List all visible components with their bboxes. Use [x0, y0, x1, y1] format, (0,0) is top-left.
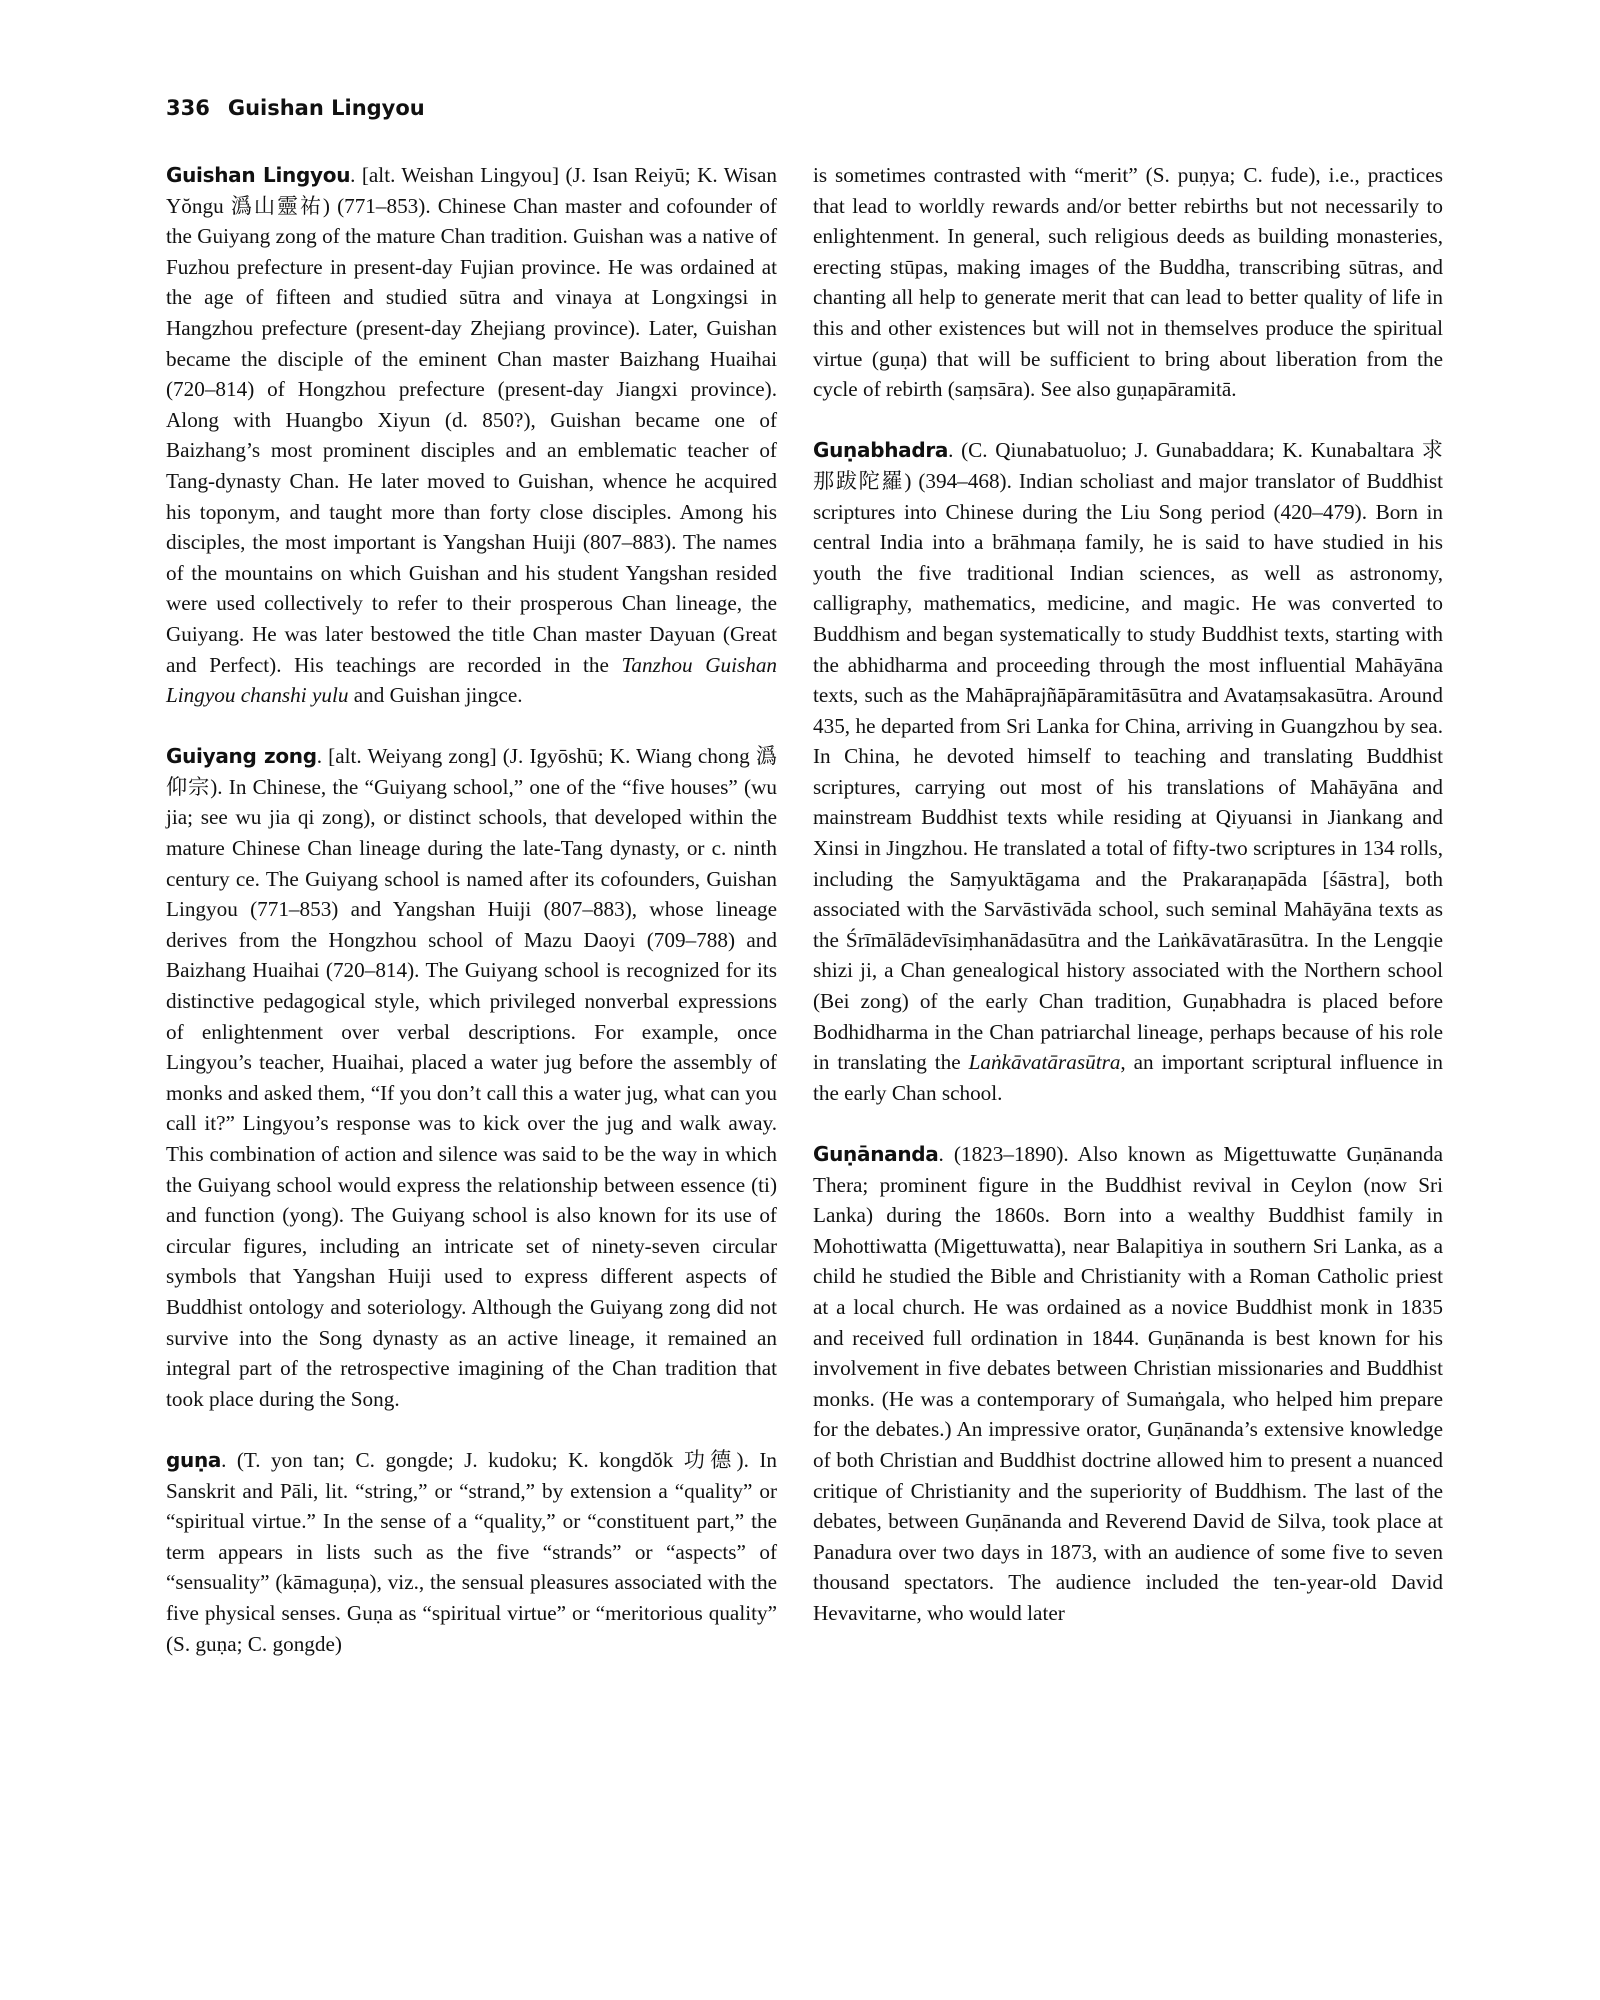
entry-guna: guṇa. (T. yon tan; C. gongde; J. kudoku;… — [166, 1445, 777, 1659]
entry-body: is sometimes contrasted with “merit” (S.… — [813, 163, 1443, 401]
entry-guiyang-zong: Guiyang zong. [alt. Weiyang zong] (J. Ig… — [166, 741, 777, 1414]
headword: Guṇabhadra — [813, 438, 948, 462]
entry-guna-continued: is sometimes contrasted with “merit” (S.… — [813, 160, 1443, 405]
page-number: 336 — [166, 96, 210, 120]
entry-body: . [alt. Weiyang zong] (J. Igyōshū; K. Wi… — [166, 744, 777, 1410]
headword: Guiyang zong — [166, 744, 317, 768]
entry-body: . [alt. Weishan Lingyou] (J. Isan Reiyū;… — [166, 163, 777, 677]
headword: guṇa — [166, 1448, 221, 1472]
entry-gunabhadra: Guṇabhadra. (C. Qiunabatuoluo; J. Gunaba… — [813, 435, 1443, 1108]
entry-body: . (T. yon tan; C. gongde; J. kudoku; K. … — [166, 1448, 777, 1656]
running-title: Guishan Lingyou — [228, 96, 425, 120]
entry-guishan-lingyou: Guishan Lingyou. [alt. Weishan Lingyou] … — [166, 160, 777, 711]
entry-gunananda: Guṇānanda. (1823–1890). Also known as Mi… — [813, 1139, 1443, 1629]
right-column: is sometimes contrasted with “merit” (S.… — [813, 160, 1443, 1659]
headword: Guishan Lingyou — [166, 163, 350, 187]
entry-body: . (1823–1890). Also known as Migettuwatt… — [813, 1142, 1443, 1625]
entry-body: . (C. Qiunabatuoluo; J. Gunabaddara; K. … — [813, 438, 1443, 1074]
entry-tail: and Guishan jingce. — [348, 683, 522, 707]
entry-italic-title: Laṅkāvatārasūtra — [969, 1050, 1121, 1074]
running-head: 336Guishan Lingyou — [166, 96, 425, 120]
headword: Guṇānanda — [813, 1142, 938, 1166]
left-column: Guishan Lingyou. [alt. Weishan Lingyou] … — [166, 160, 777, 1690]
